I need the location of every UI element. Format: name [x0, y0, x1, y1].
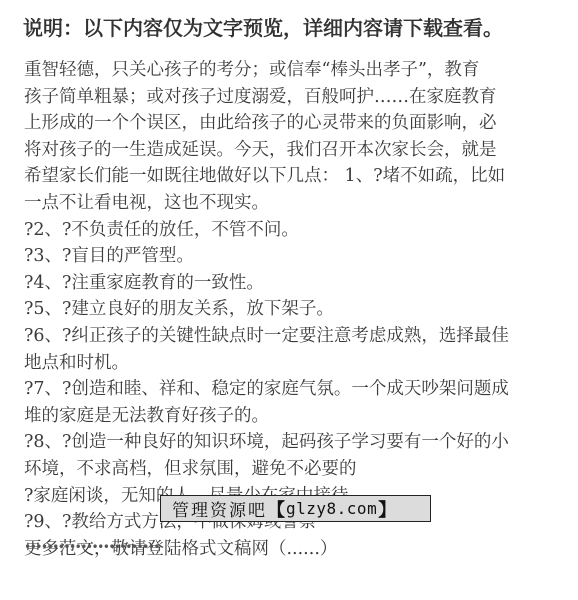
document-line: ?8、?创造一种良好的知识环境，起码孩子学习要有一个好的小 [24, 429, 564, 456]
watermark-open-bracket: 【 [267, 496, 285, 522]
document-line: 地点和时机。 [24, 350, 564, 377]
document-line: ?7、?创造和睦、祥和、稳定的家庭气氛。一个成天吵架问题成 [24, 376, 564, 403]
watermark-url: glzy8.com [286, 499, 377, 518]
watermark-banner: 管理资源吧 【 glzy8.com 】 [160, 495, 431, 522]
document-line: 一点不让看电视，这也不现实。 [24, 190, 564, 217]
document-line: ?3、?盲目的严管型。 [24, 243, 564, 270]
document-line: ?5、?建立良好的朋友关系，放下架子。 [24, 296, 564, 323]
document-line: ?4、?注重家庭教育的一致性。 [24, 270, 564, 297]
watermark-site-name: 管理资源吧 [172, 496, 267, 521]
document-line: ?2、?不负责任的放任，不管不问。 [24, 217, 564, 244]
document-line: 重智轻德，只关心孩子的考分；或信奉“棒头出孝子”，教育 [24, 57, 564, 84]
document-line: 堆的家庭是无法教育好孩子的。 [24, 403, 564, 430]
document-line: 希望家长们能一如既往地做好以下几点： 1、?堵不如疏，比如 [24, 163, 564, 190]
preview-notice-title: 说明：以下内容仅为文字预览，详细内容请下载查看。 [23, 14, 503, 42]
document-line: 将对孩子的一生造成延误。今天，我们召开本次家长会，就是 [24, 137, 564, 164]
document-line: 孩子简单粗暴；或对孩子过度溺爱，百般呵护……在家庭教育 [24, 84, 564, 111]
document-line: 环境，不求高档，但求氛围，避免不必要的 [24, 456, 564, 483]
watermark-close-bracket: 】 [378, 496, 396, 522]
document-body: 重智轻德，只关心孩子的考分；或信奉“棒头出孝子”，教育 孩子简单粗暴；或对孩子过… [24, 57, 564, 562]
document-line: 上形成的一个个误区，由此给孩子的心灵带来的负面影响，必 [24, 110, 564, 137]
ellipsis-dots: •••••••••••••••••••••••• [24, 540, 159, 554]
document-line: ?6、?纠正孩子的关键性缺点时一定要注意考虑成熟，选择最佳 [24, 323, 564, 350]
